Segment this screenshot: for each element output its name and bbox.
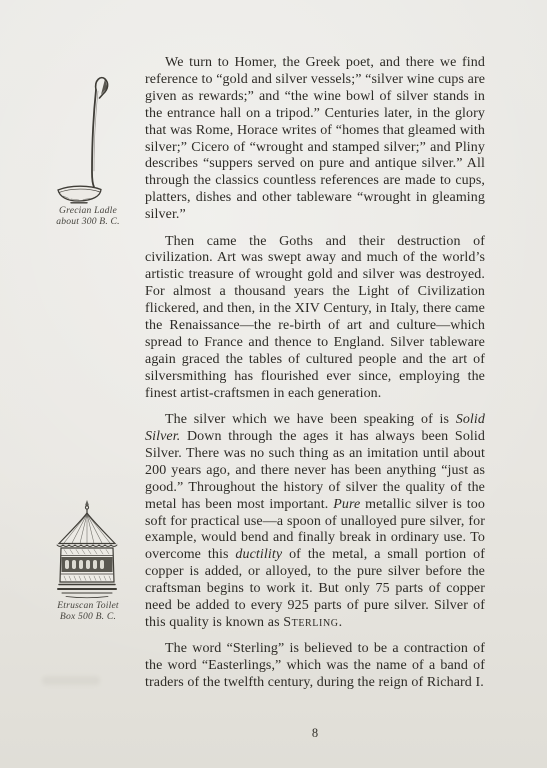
book-page: Grecian Ladle about 300 B. C. xyxy=(0,0,547,768)
ladle-icon xyxy=(56,74,112,206)
paragraph-solid-silver-sterling: The silver which we have been speaking o… xyxy=(145,412,485,632)
figure-caption-grecian-ladle: Grecian Ladle about 300 B. C. xyxy=(30,205,146,228)
figure-caption-etruscan-box: Etruscan Toilet Box 500 B. C. xyxy=(30,600,146,623)
caption-line: Box 500 B. C. xyxy=(30,611,146,622)
page-number: 8 xyxy=(145,726,485,741)
text-column: We turn to Homer, the Greek poet, and th… xyxy=(145,55,485,702)
etruscan-box-illustration xyxy=(55,498,119,602)
paragraph-homer-classics: We turn to Homer, the Greek poet, and th… xyxy=(145,55,485,224)
toilet-box-icon xyxy=(55,498,119,602)
caption-line: Grecian Ladle xyxy=(30,205,146,216)
grecian-ladle-illustration xyxy=(56,74,112,206)
scan-smudge xyxy=(42,676,100,685)
caption-line: Etruscan Toilet xyxy=(30,600,146,611)
paragraph-goths-renaissance: Then came the Goths and their destructio… xyxy=(145,234,485,403)
caption-line: about 300 B. C. xyxy=(30,216,146,227)
paragraph-sterling-easterlings: The word “Sterling” is believed to be a … xyxy=(145,641,485,692)
